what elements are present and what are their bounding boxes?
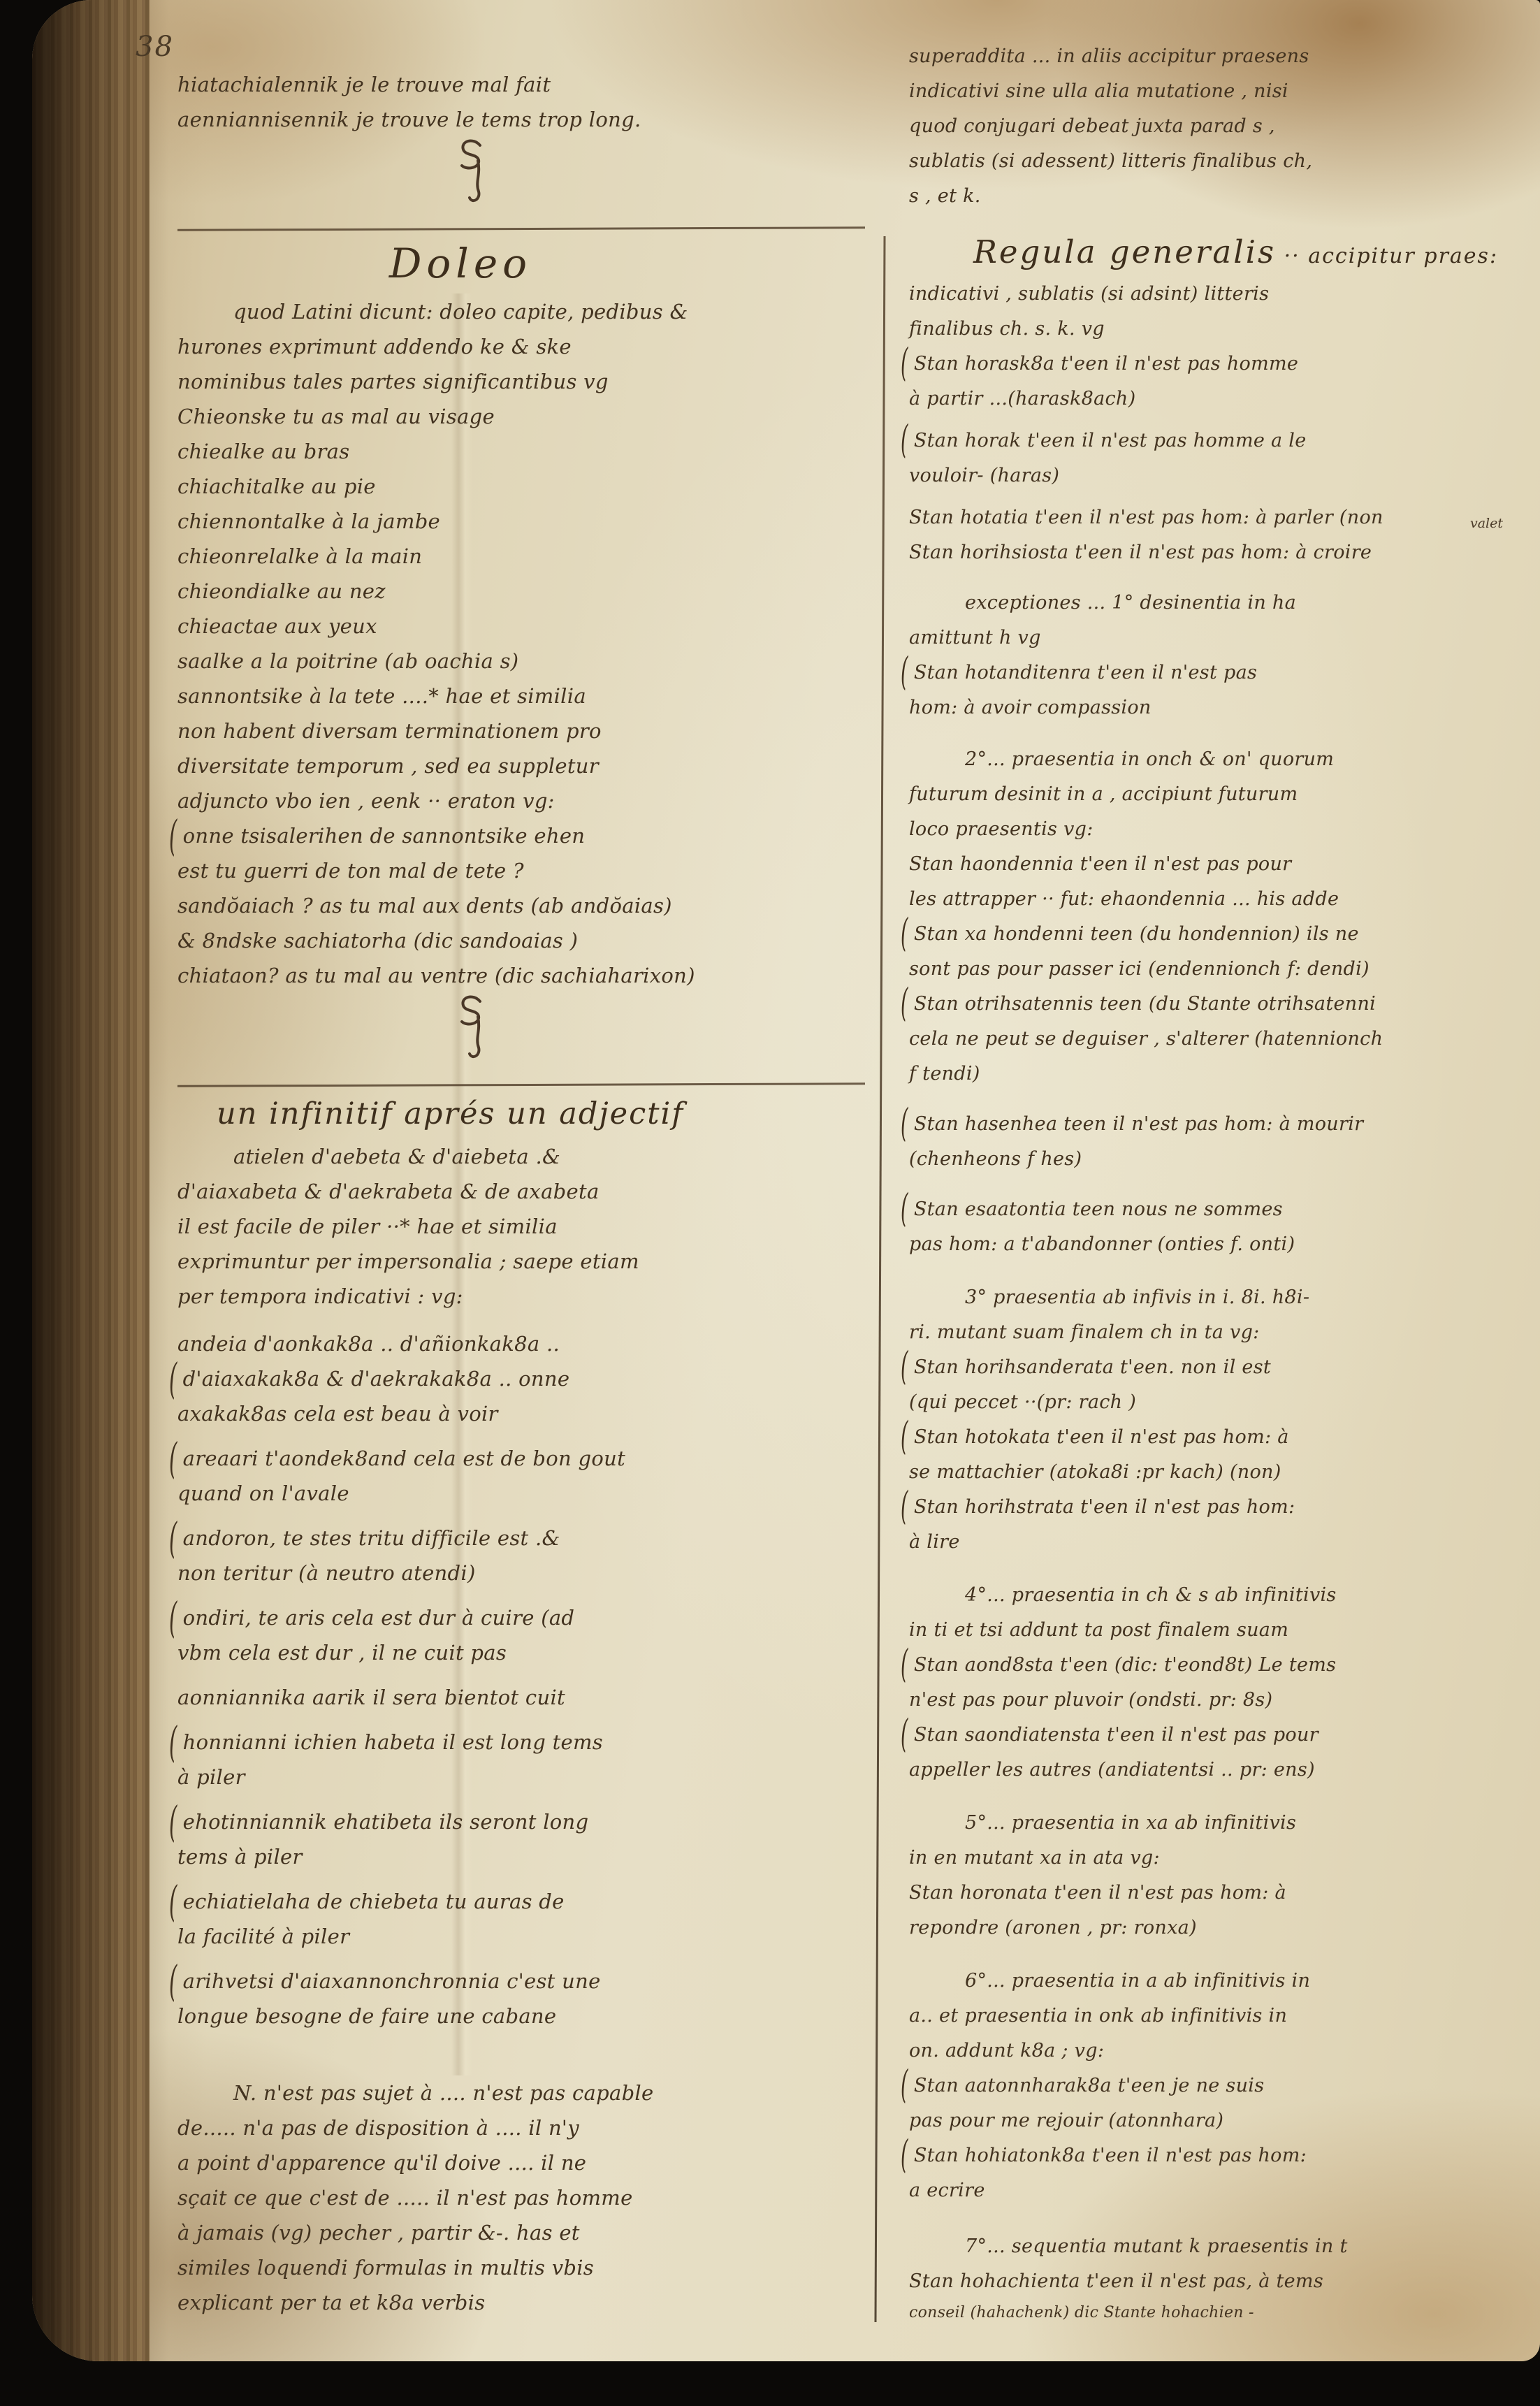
manuscript-line: non habent diversam terminationem pro	[177, 713, 869, 748]
manuscript-line: 2°... praesentia in onch & on' quorum	[909, 742, 1540, 777]
manuscript-line: s , et k.	[909, 179, 1540, 214]
vertical-gap	[909, 570, 1540, 586]
vertical-gap	[909, 1092, 1540, 1107]
manuscript-line: 5°... praesentia in xa ab infinitivis	[909, 1806, 1540, 1841]
manuscript-line: la facilité à piler	[177, 1919, 869, 1954]
vertical-gap	[909, 493, 1540, 500]
manuscript-line: à jamais (vg) pecher , partir &-. has et	[177, 2215, 869, 2250]
manuscript-line: pas hom: a t'abandonner (onties f. onti)	[909, 1227, 1540, 1262]
vertical-gap	[909, 1177, 1540, 1192]
manuscript-line: (Stan otrihsatennis teen (du Stante otri…	[909, 987, 1540, 1022]
manuscript-line: à piler	[177, 1760, 869, 1795]
vertical-gap	[177, 1314, 869, 1326]
manuscript-line: Stan haondennia t'een il n'est pas pour	[909, 847, 1540, 882]
manuscript-line: chiennontalke à la jambe	[177, 504, 869, 539]
scribal-brace: (	[169, 1502, 177, 1574]
scribal-brace: (	[901, 328, 908, 400]
manuscript-line: vbm cela est dur , il ne cuit pas	[177, 1635, 869, 1670]
manuscript-line: (Stan hotokata t'een il n'est pas hom: à	[909, 1420, 1540, 1455]
manuscript-line: quod Latini dicunt: doleo capite, pedibu…	[177, 294, 869, 329]
scribal-brace: (	[901, 1472, 908, 1544]
manuscript-line: adjuncto vbo ien , eenk ·· eraton vg:	[177, 783, 869, 818]
heading-rest: ·· accipitur praes:	[1276, 244, 1498, 268]
scribal-brace: (	[901, 1700, 908, 1771]
manuscript-line: chiachitalke au pie	[177, 469, 869, 504]
manuscript-line: (Stan horak t'een il n'est pas homme a l…	[909, 423, 1540, 458]
manuscript-line: similes loquendi formulas in multis vbis	[177, 2250, 869, 2285]
manuscript-line: hiatachialennik je le trouve mal fait	[177, 67, 869, 102]
vertical-gap	[177, 1954, 869, 1964]
right-column: superaddita ... in aliis accipitur praes…	[909, 25, 1540, 2327]
manuscript-line: indicativi sine ulla alia mutatione , ni…	[909, 74, 1540, 109]
manuscript-line: Stan horonata t'een il n'est pas hom: à	[909, 1876, 1540, 1911]
manuscript-line: (honnianni ichien habeta il est long tem…	[177, 1725, 869, 1760]
manuscript-line: explicant per ta et k8a verbis	[177, 2285, 869, 2320]
vertical-gap	[177, 1795, 869, 1804]
manuscript-line: (Stan xa hondenni teen (du hondennion) i…	[909, 917, 1540, 952]
section-heading: Doleo	[177, 233, 869, 294]
scribal-brace: (	[169, 1786, 177, 1858]
manuscript-line: d'aiaxabeta & d'aekrabeta & de axabeta	[177, 1174, 869, 1209]
scribal-brace: (	[901, 1630, 908, 1702]
manuscript-line: de..... n'a pas de disposition à .... il…	[177, 2110, 869, 2145]
vertical-gap	[909, 1262, 1540, 1280]
manuscript-line: & 8ndske sachiatorha (dic sandoaias )	[177, 923, 869, 958]
manuscript-line: sannontsike à la tete ....* hae et simil…	[177, 679, 869, 713]
manuscript-line: loco praesentis vg:	[909, 812, 1540, 847]
manuscript-line: sandŏaiach ? as tu mal aux dents (ab and…	[177, 888, 869, 923]
manuscript-line: (Stan horihstrata t'een il n'est pas hom…	[909, 1490, 1540, 1525]
left-column: hiatachialennik je le trouve mal faitaen…	[177, 67, 869, 2320]
vertical-gap	[909, 1945, 1540, 1964]
manuscript-line: exprimuntur per impersonalia ; saepe eti…	[177, 1244, 869, 1279]
vertical-gap	[909, 214, 1540, 232]
section-divider-rule	[177, 226, 865, 231]
manuscript-line: (areaari t'aondek8and cela est de bon go…	[177, 1441, 869, 1476]
manuscript-line: 6°... praesentia in a ab infinitivis in	[909, 1964, 1540, 1999]
vertical-gap	[177, 1511, 869, 1521]
manuscript-line: (Stan aond8sta t'een (dic: t'eond8t) Le …	[909, 1648, 1540, 1683]
manuscript-line: 3° praesentia ab infivis in i. 8i. h8i-	[909, 1280, 1540, 1315]
manuscript-line: Stan horihsiosta t'een il n'est pas hom:…	[909, 535, 1540, 570]
scribal-brace: (	[901, 899, 908, 971]
manuscript-line: saalke a la poitrine (ab oachia s)	[177, 644, 869, 679]
manuscript-line: quod conjugari debeat juxta parad s ,	[909, 109, 1540, 144]
manuscript-line: chiealke au bras	[177, 434, 869, 469]
manuscript-page: 38 hiatachialennik je le trouve mal fait…	[32, 0, 1540, 2361]
manuscript-line: andeia d'aonkak8a .. d'añionkak8a ..	[177, 1326, 869, 1361]
manuscript-line: tems à piler	[177, 1839, 869, 1874]
manuscript-line: longue besogne de faire une cabane	[177, 1999, 869, 2034]
manuscript-line: quand on l'avale	[177, 1476, 869, 1511]
manuscript-line: est tu guerri de ton mal de tete ?	[177, 853, 869, 888]
manuscript-line: nominibus tales partes significantibus v…	[177, 364, 869, 399]
manuscript-line: à partir ...(harask8ach)	[909, 382, 1540, 416]
vertical-gap	[909, 25, 1540, 39]
manuscript-line: aenniannisennik je trouve le tems trop l…	[177, 102, 869, 137]
section-flourish-mark	[177, 993, 869, 1075]
scribal-brace: (	[901, 637, 908, 709]
manuscript-line: futurum desinit in a , accipiunt futurum	[909, 777, 1540, 812]
section-flourish-mark	[177, 137, 869, 219]
manuscript-line: ri. mutant suam finalem ch in ta vg:	[909, 1315, 1540, 1350]
scribal-brace: (	[901, 1332, 908, 1404]
manuscript-line: (Stan hohiatonk8a t'een il n'est pas hom…	[909, 2138, 1540, 2173]
manuscript-line: (ehotinniannik ehatibeta ils seront long	[177, 1804, 869, 1839]
manuscript-line: (Stan horask8a t'een il n'est pas homme	[909, 347, 1540, 382]
vertical-gap	[177, 1715, 869, 1725]
manuscript-line: (echiatielaha de chiebeta tu auras de	[177, 1884, 869, 1919]
manuscript-line: (qui peccet ··(pr: rach )	[909, 1385, 1540, 1420]
manuscript-line: Stan hotatia t'een il n'est pas hom: à p…	[909, 500, 1540, 535]
margin-note: valet	[1470, 516, 1503, 531]
scribal-brace: (	[169, 1423, 177, 1495]
scribal-brace: (	[901, 2050, 908, 2122]
vertical-gap	[177, 1874, 869, 1884]
scribal-brace: (	[901, 2120, 908, 2192]
manuscript-line: in en mutant xa in ata vg:	[909, 1841, 1540, 1876]
page-number: 38	[136, 31, 174, 63]
scribal-brace: (	[901, 1089, 908, 1161]
manuscript-line: (onne tsisalerihen de sannontsike ehen	[177, 818, 869, 853]
manuscript-line: sçait ce que c'est de ..... il n'est pas…	[177, 2180, 869, 2215]
manuscript-line: pas pour me rejouir (atonnhara)	[909, 2103, 1540, 2138]
manuscript-line: diversitate temporum , sed ea suppletur	[177, 748, 869, 783]
section-heading: Regula generalis ·· accipitur praes:	[909, 232, 1540, 277]
scribal-brace: (	[901, 1402, 908, 1474]
manuscript-line: finalibus ch. s. k. vg	[909, 312, 1540, 347]
vertical-gap	[909, 1788, 1540, 1806]
manuscript-line: f tendi)	[909, 1057, 1540, 1092]
flourish-icon	[452, 993, 497, 1071]
manuscript-line: hurones exprimunt addendo ke & ske	[177, 329, 869, 364]
manuscript-line: chieactae aux yeux	[177, 609, 869, 644]
scribal-brace: (	[169, 800, 177, 872]
manuscript-line: (Stan saondiatensta t'een il n'est pas p…	[909, 1718, 1540, 1753]
manuscript-line: chiataon? as tu mal au ventre (dic sachi…	[177, 958, 869, 993]
heading-emphasis: Regula generalis	[973, 233, 1276, 270]
manuscript-line: atielen d'aebeta & d'aiebeta .&	[177, 1139, 869, 1174]
vertical-gap	[909, 1560, 1540, 1578]
manuscript-line: (d'aiaxakak8a & d'aekrakak8a .. onne	[177, 1361, 869, 1396]
manuscript-line: in ti et tsi addunt ta post finalem suam	[909, 1613, 1540, 1648]
vertical-gap	[909, 416, 1540, 423]
manuscript-line: (Stan esaatontia teen nous ne sommes	[909, 1192, 1540, 1227]
manuscript-line: axakak8as cela est beau à voir	[177, 1396, 869, 1431]
manuscript-line: n'est pas pour pluvoir (ondsti. pr: 8s)	[909, 1683, 1540, 1718]
section-heading: un infinitif aprés un adjectif	[177, 1089, 869, 1139]
scribal-brace: (	[901, 969, 908, 1041]
manuscript-line: amittunt h vg	[909, 621, 1540, 655]
manuscript-line: sublatis (si adessent) litteris finalibu…	[909, 144, 1540, 179]
manuscript-line: (ondiri, te aris cela est dur à cuire (a…	[177, 1600, 869, 1635]
vertical-gap	[909, 725, 1540, 742]
manuscript-line: Chieonske tu as mal au visage	[177, 399, 869, 434]
vertical-gap	[909, 2208, 1540, 2229]
manuscript-line: vouloir- (haras)	[909, 458, 1540, 493]
scribal-brace: (	[901, 405, 908, 477]
scribal-brace: (	[169, 1866, 177, 1938]
manuscript-line: se mattachier (atoka8i :pr kach) (non)	[909, 1455, 1540, 1490]
manuscript-line: a ecrire	[909, 2173, 1540, 2208]
manuscript-line: sont pas pour passer ici (endennionch f:…	[909, 952, 1540, 987]
manuscript-line: a.. et praesentia in onk ab infinitivis …	[909, 1999, 1540, 2034]
manuscript-line: indicativi , sublatis (si adsint) litter…	[909, 277, 1540, 312]
manuscript-line: conseil (hahachenk) dic Stante hohachien…	[909, 2299, 1540, 2327]
manuscript-line: (arihvetsi d'aiaxannonchronnia c'est une	[177, 1964, 869, 1999]
vertical-gap	[177, 1670, 869, 1680]
manuscript-line: superaddita ... in aliis accipitur praes…	[909, 39, 1540, 74]
section-divider-rule	[177, 1082, 865, 1087]
manuscript-line: chieonrelalke à la main	[177, 539, 869, 574]
column-divider-line	[874, 236, 885, 2322]
manuscript-line: à lire	[909, 1525, 1540, 1560]
manuscript-line: (Stan hotanditenra t'een il n'est pas	[909, 655, 1540, 690]
flourish-icon	[452, 137, 497, 215]
manuscript-line: (Stan hasenhea teen il n'est pas hom: à …	[909, 1107, 1540, 1142]
manuscript-line: non teritur (à neutro atendi)	[177, 1556, 869, 1590]
photo-background: 38 hiatachialennik je le trouve mal fait…	[0, 0, 1540, 2406]
manuscript-line: chieondialke au nez	[177, 574, 869, 609]
scribal-brace: (	[901, 1174, 908, 1246]
scribal-brace: (	[169, 1343, 177, 1415]
manuscript-line: (andoron, te stes tritu difficile est .&	[177, 1521, 869, 1556]
scribal-brace: (	[169, 1945, 177, 2017]
manuscript-line: a point d'apparence qu'il doive .... il …	[177, 2145, 869, 2180]
manuscript-line: appeller les autres (andiatentsi .. pr: …	[909, 1753, 1540, 1788]
manuscript-line: les attrapper ·· fut: ehaondennia ... hi…	[909, 882, 1540, 917]
manuscript-line: 4°... praesentia in ch & s ab infinitivi…	[909, 1578, 1540, 1613]
manuscript-line: (Stan horihsanderata t'een. non il est	[909, 1350, 1540, 1385]
scribal-brace: (	[169, 1582, 177, 1654]
manuscript-line: il est facile de piler ··* hae et simili…	[177, 1209, 869, 1244]
manuscript-line: N. n'est pas sujet à .... n'est pas capa…	[177, 2075, 869, 2110]
scribal-brace: (	[169, 1706, 177, 1778]
manuscript-line: on. addunt k8a ; vg:	[909, 2034, 1540, 2068]
manuscript-line: per tempora indicativi : vg:	[177, 1279, 869, 1314]
vertical-gap	[177, 2034, 869, 2075]
manuscript-line: Stan hohachienta t'een il n'est pas, à t…	[909, 2264, 1540, 2299]
vertical-gap	[177, 1431, 869, 1441]
manuscript-line: 7°... sequentia mutant k praesentis in t	[909, 2229, 1540, 2264]
manuscript-line: aonniannika aarik il sera bientot cuit	[177, 1680, 869, 1715]
manuscript-line: (Stan aatonnharak8a t'een je ne suis	[909, 2068, 1540, 2103]
manuscript-line: exceptiones ... 1° desinentia in ha	[909, 586, 1540, 621]
manuscript-line: cela ne peut se deguiser , s'alterer (ha…	[909, 1022, 1540, 1057]
manuscript-line: (chenheons f hes)	[909, 1142, 1540, 1177]
manuscript-line: repondre (aronen , pr: ronxa)	[909, 1911, 1540, 1945]
manuscript-line: hom: à avoir compassion	[909, 690, 1540, 725]
vertical-gap	[177, 1590, 869, 1600]
